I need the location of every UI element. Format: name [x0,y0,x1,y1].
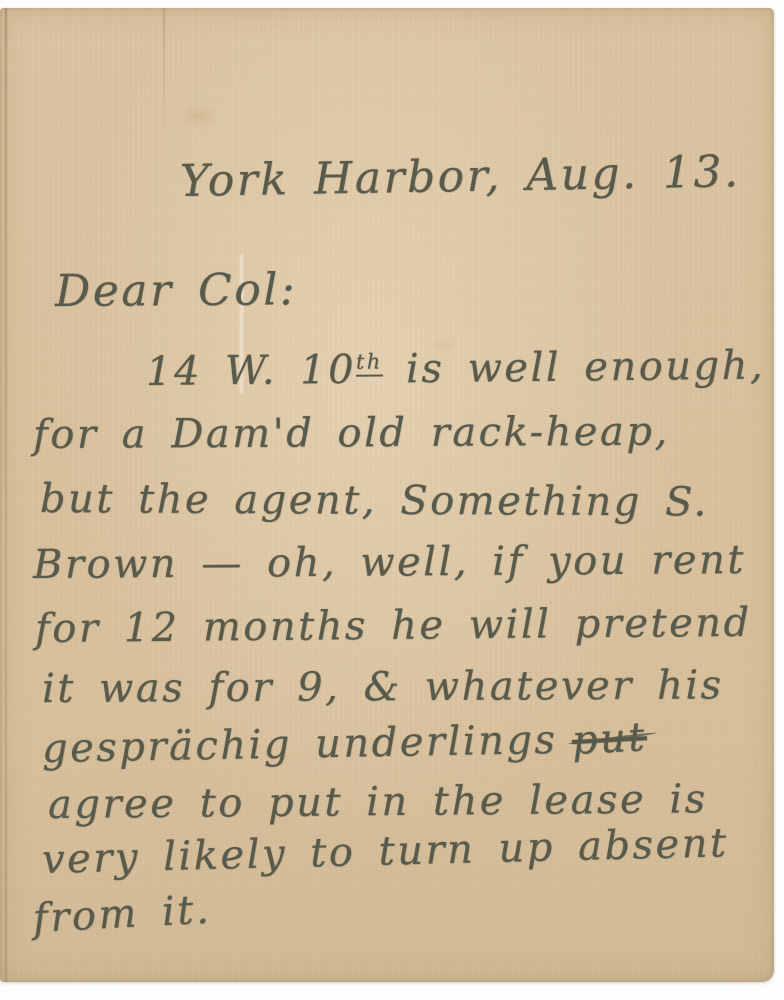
body-line-8: agree to put in the lease is [48,777,708,827]
struck-out-word: put [570,715,647,763]
address-text: 14 W. 10 [146,347,357,395]
ordinal-superscript: th [356,349,383,376]
letter-heading-dateline: York Harbor, Aug. 13. [180,148,741,206]
body-line-5: for 12 months he will pretend [35,601,752,651]
body-line-1: 14 W. 10th is well enough, [146,344,766,394]
paper-stain [178,104,220,128]
body-line-3: but the agent, Something S. [40,477,709,525]
body-line-10: from it. [32,888,212,941]
top-crease [163,8,165,148]
line7-text: gesprächig underlings [42,717,558,772]
line1-rest: is well enough, [383,343,766,393]
left-edge-crease [5,8,7,982]
body-line-4: Brown — oh, well, if you rent [33,538,746,587]
body-line-6: it was for 9, & whatever his [42,663,724,711]
body-line-7: gesprächig underlingsput [42,716,647,771]
body-line-2: for a Dam'd old rack-heap, [33,410,670,457]
letter-salutation: Dear Col: [55,266,297,316]
